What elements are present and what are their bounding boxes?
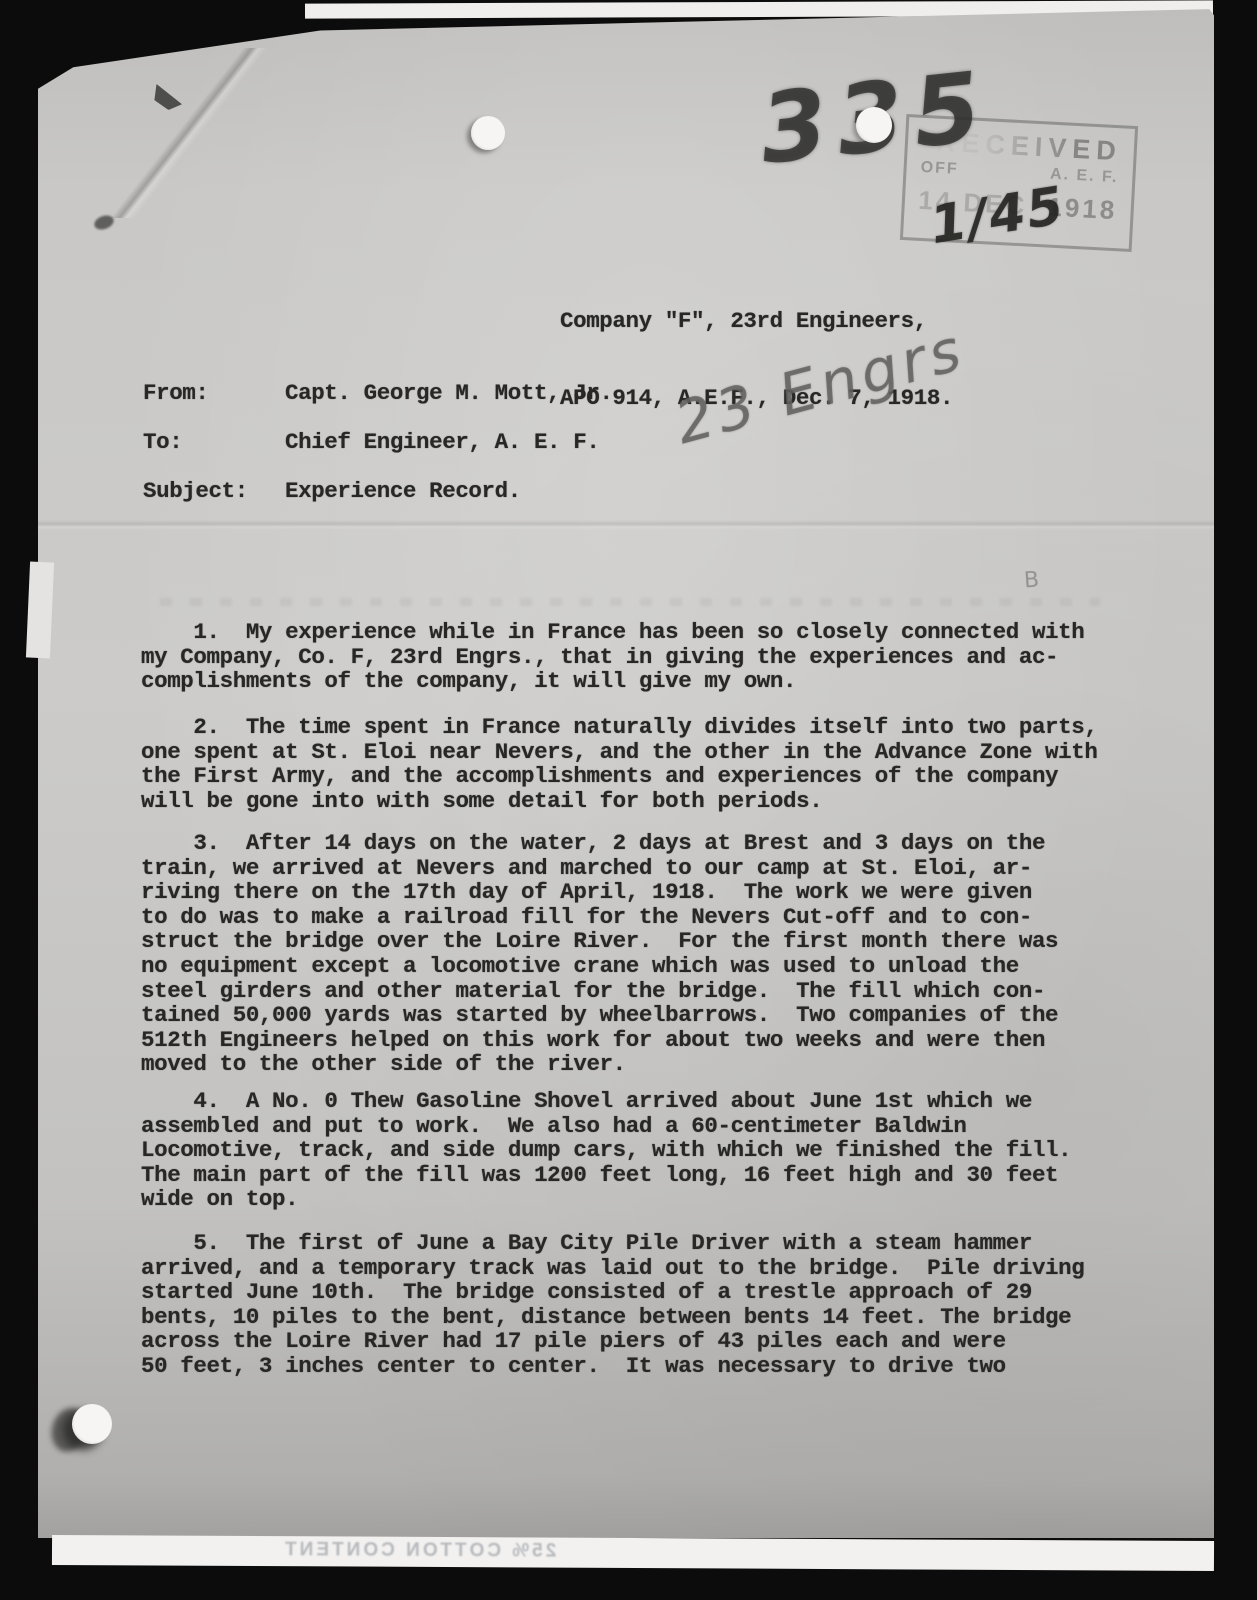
field-value-subject: Experience Record. xyxy=(285,479,521,504)
body-paragraph-2: 2. The time spent in France naturally di… xyxy=(141,715,1171,813)
field-value-to: Chief Engineer, A. E. F. xyxy=(285,430,599,455)
fold-crease xyxy=(38,48,338,218)
underlying-page-edge-left xyxy=(26,562,54,659)
field-value-from: Capt. George M. Mott, Jr. xyxy=(285,381,613,406)
body-paragraph-5: 5. The first of June a Bay City Pile Dri… xyxy=(141,1231,1171,1379)
bleed-through-smudge xyxy=(160,598,1100,606)
horizontal-crease xyxy=(38,520,1214,530)
field-label-subject: Subject: xyxy=(143,479,248,504)
field-label-to: To: xyxy=(143,430,182,455)
hole-punch-top-left xyxy=(471,116,505,150)
body-paragraph-1: 1. My experience while in France has bee… xyxy=(141,620,1171,694)
hole-punch-bottom-left xyxy=(72,1404,112,1444)
underlying-page-edge-bottom: 25% COTTON CONTENT xyxy=(52,1535,1214,1571)
hole-punch-top-right xyxy=(856,107,892,143)
field-label-from: From: xyxy=(143,381,209,406)
document-scan: 335 RECEIVED OFF A. E. F. 14 DEC 1918 1/… xyxy=(0,0,1257,1600)
body-paragraph-4: 4. A No. 0 Thew Gasoline Shovel arrived … xyxy=(141,1089,1171,1212)
watermark-text: 25% COTTON CONTENT xyxy=(282,1539,556,1562)
faint-b-mark: B xyxy=(1023,568,1040,594)
body-paragraph-3: 3. After 14 days on the water, 2 days at… xyxy=(141,831,1171,1077)
